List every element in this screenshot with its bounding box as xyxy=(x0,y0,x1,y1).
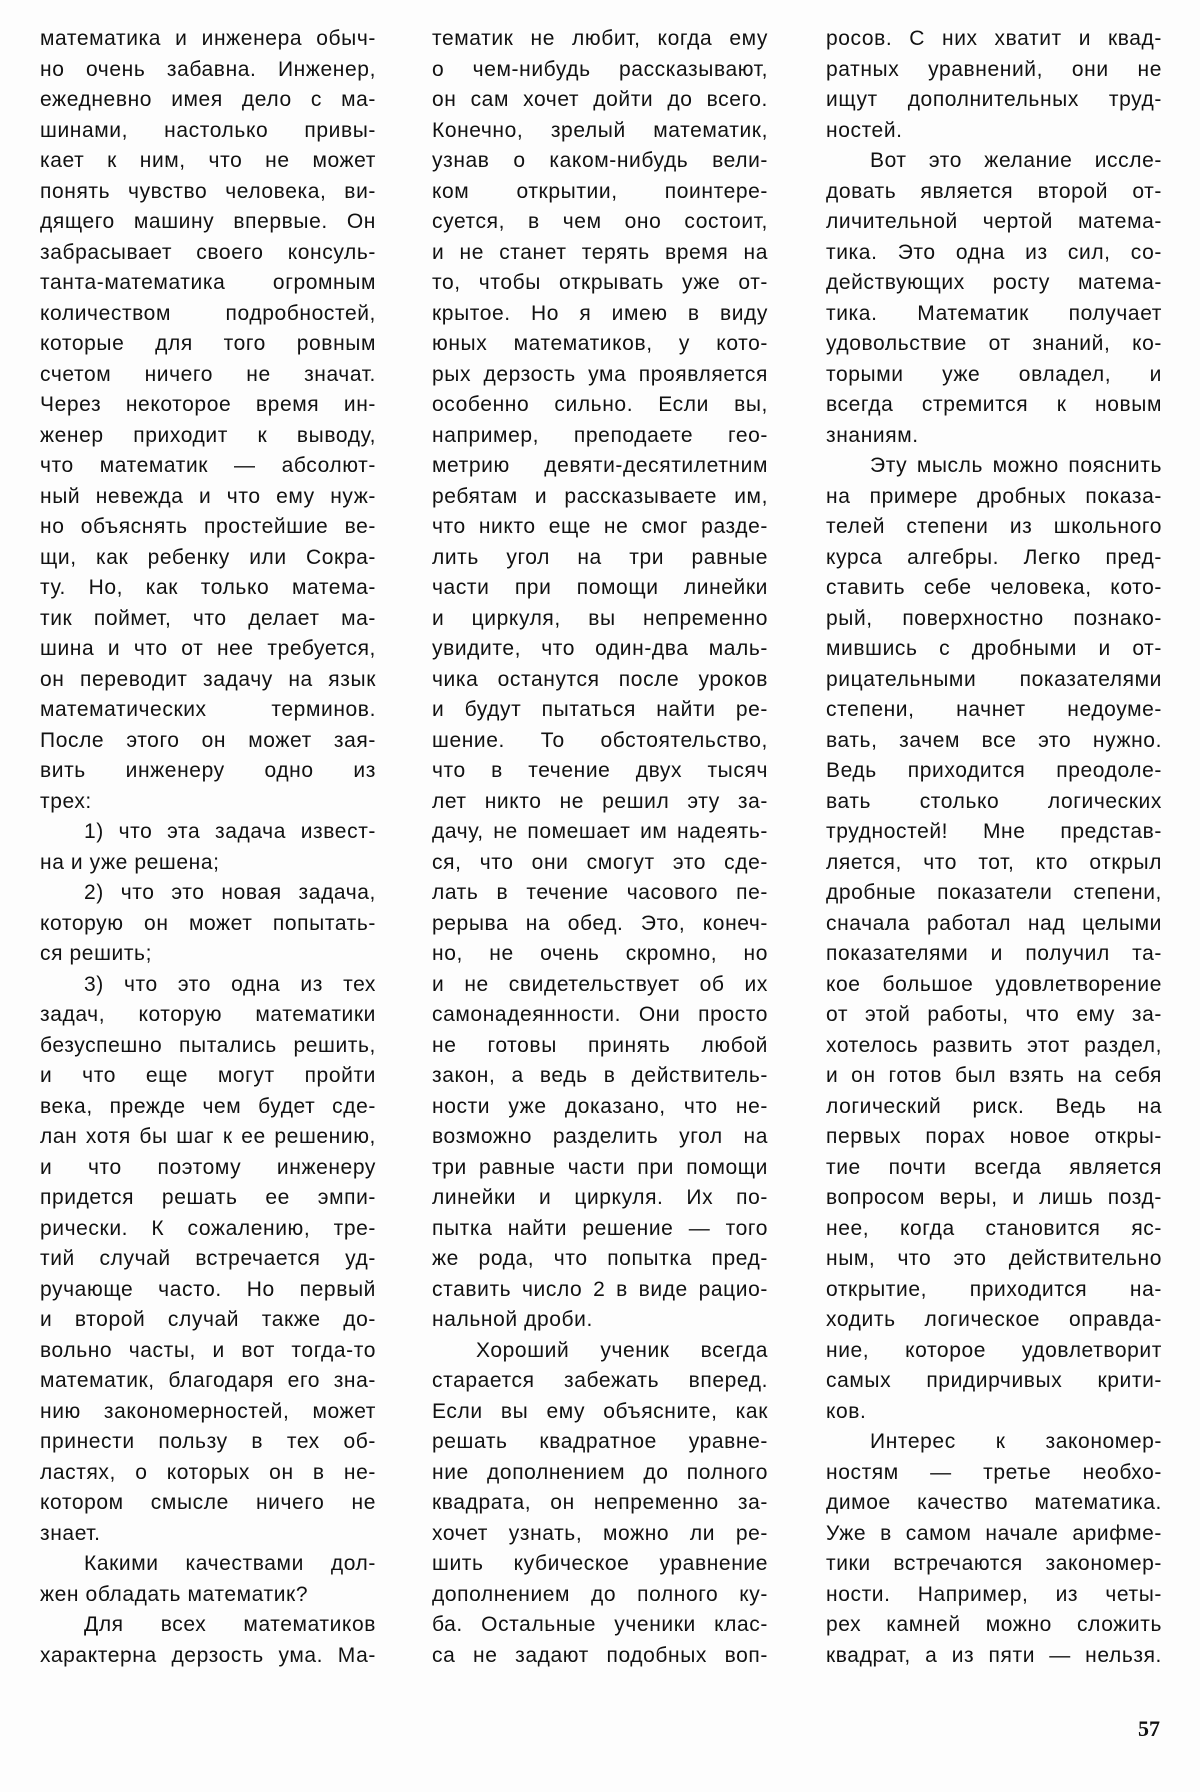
text-line: нальной дроби. xyxy=(432,1305,768,1336)
text-line: котором смысле ничего не xyxy=(40,1488,376,1519)
text-line: Хороший ученик всегда xyxy=(432,1336,768,1367)
text-line: математических терминов. xyxy=(40,695,376,726)
text-line: трех: xyxy=(40,787,376,818)
text-line: рически. К сожалению, тре- xyxy=(40,1214,376,1245)
text-line: ным, что это действительно xyxy=(826,1244,1162,1275)
text-line: вопросом веры, и лишь позд- xyxy=(826,1183,1162,1214)
text-line: шение. То обстоятельство, xyxy=(432,726,768,757)
text-line: что в течение двух тысяч xyxy=(432,756,768,787)
text-line: века, прежде чем будет сде- xyxy=(40,1092,376,1123)
text-line: придется решать ее эмпи- xyxy=(40,1183,376,1214)
text-line: димое качество математика. xyxy=(826,1488,1162,1519)
text-line: чика останутся после уроков xyxy=(432,665,768,696)
text-line: рых дерзость ума проявляется xyxy=(432,360,768,391)
text-line: задач, которую математики xyxy=(40,1000,376,1031)
text-line: первых порах новое откры- xyxy=(826,1122,1162,1153)
text-line: тие почти всегда является xyxy=(826,1153,1162,1184)
text-line: кое большое удовлетворение xyxy=(826,970,1162,1001)
text-line: на примере дробных показа- xyxy=(826,482,1162,513)
text-line: тики встречаются закономер- xyxy=(826,1549,1162,1580)
text-line: и циркуля, вы непременно xyxy=(432,604,768,635)
text-line: лан хотя бы шаг к ее решению, xyxy=(40,1122,376,1153)
text-line: характерна дерзость ума. Ма- xyxy=(40,1641,376,1672)
text-line: ищут дополнительных труд- xyxy=(826,85,1162,116)
text-line: то, чтобы открывать уже от- xyxy=(432,268,768,299)
text-line: ков. xyxy=(826,1397,1162,1428)
text-line: и он готов был взять на себя xyxy=(826,1061,1162,1092)
text-line: что математик — абсолют- xyxy=(40,451,376,482)
text-column-3: росов. С них хватит и квад-ратных уравне… xyxy=(826,24,1162,1671)
text-line: 3) что это одна из тех xyxy=(40,970,376,1001)
text-line: Вот это желание иссле- xyxy=(826,146,1162,177)
page-number: 57 xyxy=(1138,1716,1160,1742)
text-line: ратных уравнений, они не xyxy=(826,55,1162,86)
text-line: лет никто не решил эту за- xyxy=(432,787,768,818)
text-line: са не задают подобных воп- xyxy=(432,1641,768,1672)
text-line: знает. xyxy=(40,1519,376,1550)
text-line: 1) что эта задача извест- xyxy=(40,817,376,848)
text-line: ности. Например, из четы- xyxy=(826,1580,1162,1611)
text-line: показателями и получил та- xyxy=(826,939,1162,970)
text-line: например, преподаете гео- xyxy=(432,421,768,452)
text-line: вать, зачем все это нужно. xyxy=(826,726,1162,757)
text-line: квадрат, а из пяти — нельзя. xyxy=(826,1641,1162,1672)
text-line: суется, в чем оно состоит, xyxy=(432,207,768,238)
text-line: трудностей! Мне представ- xyxy=(826,817,1162,848)
text-line: квадрата, он непременно за- xyxy=(432,1488,768,1519)
text-line: ребятам и рассказываете им, xyxy=(432,482,768,513)
text-line: тий случай встречается уд- xyxy=(40,1244,376,1275)
text-line: кает к ним, что не может xyxy=(40,146,376,177)
text-line: метрию девяти-десятилетним xyxy=(432,451,768,482)
text-line: от этой работы, что ему за- xyxy=(826,1000,1162,1031)
text-line: три равные части при помощи xyxy=(432,1153,768,1184)
text-line: шить кубическое уравнение xyxy=(432,1549,768,1580)
text-line: После этого он может зая- xyxy=(40,726,376,757)
text-line: действующих росту матема- xyxy=(826,268,1162,299)
text-line: ластях, о которых он в не- xyxy=(40,1458,376,1489)
text-line: же рода, что попытка пред- xyxy=(432,1244,768,1275)
text-line: но объяснять простейшие ве- xyxy=(40,512,376,543)
text-line: ба. Остальные ученики клас- xyxy=(432,1610,768,1641)
text-line: линейки и циркуля. Их по- xyxy=(432,1183,768,1214)
text-line: торыми уже овладел, и xyxy=(826,360,1162,391)
text-line: росов. С них хватит и квад- xyxy=(826,24,1162,55)
text-line: танта-математика огромным xyxy=(40,268,376,299)
text-line: Ведь приходится преодоле- xyxy=(826,756,1162,787)
text-line: шинами, настолько привы- xyxy=(40,116,376,147)
text-line: ежедневно имея дело с ма- xyxy=(40,85,376,116)
text-line: ностей. xyxy=(826,116,1162,147)
text-line: ние, которое удовлетворит xyxy=(826,1336,1162,1367)
text-line: ляется, что тот, кто открыл xyxy=(826,848,1162,879)
text-line: рый, поверхностно познако- xyxy=(826,604,1162,635)
text-line: Конечно, зрелый математик, xyxy=(432,116,768,147)
text-line: рерыва на обед. Это, конеч- xyxy=(432,909,768,940)
text-line: хочет узнать, можно ли ре- xyxy=(432,1519,768,1550)
text-column-2: тематик не любит, когда емуо чем-нибудь … xyxy=(432,24,768,1671)
text-line: дачу, не помешает им надеять- xyxy=(432,817,768,848)
text-line: и не станет терять время на xyxy=(432,238,768,269)
text-line: юных математиков, у кото- xyxy=(432,329,768,360)
text-line: вить инженеру одно из xyxy=(40,756,376,787)
text-line: вать столько логических xyxy=(826,787,1162,818)
text-line: курса алгебры. Легко пред- xyxy=(826,543,1162,574)
text-line: старается забежать вперед. xyxy=(432,1366,768,1397)
text-line: дополнением до полного ку- xyxy=(432,1580,768,1611)
text-line: математик, благодаря его зна- xyxy=(40,1366,376,1397)
text-line: личительной чертой матема- xyxy=(826,207,1162,238)
text-line: тика. Это одна из сил, со- xyxy=(826,238,1162,269)
text-line: нию закономерностей, может xyxy=(40,1397,376,1428)
text-line: Уже в самом начале арифме- xyxy=(826,1519,1162,1550)
text-line: женер приходит к выводу, xyxy=(40,421,376,452)
text-line: дробные показатели степени, xyxy=(826,878,1162,909)
text-line: решать квадратное уравне- xyxy=(432,1427,768,1458)
text-line: которую он может попытать- xyxy=(40,909,376,940)
text-line: но очень забавна. Инженер, xyxy=(40,55,376,86)
text-line: части при помощи линейки xyxy=(432,573,768,604)
text-line: он переводит задачу на язык xyxy=(40,665,376,696)
text-line: закон, а ведь в действитель- xyxy=(432,1061,768,1092)
text-line: особенно сильно. Если вы, xyxy=(432,390,768,421)
text-line: Через некоторое время ин- xyxy=(40,390,376,421)
text-line: ту. Но, как только матема- xyxy=(40,573,376,604)
text-line: ние дополнением до полного xyxy=(432,1458,768,1489)
text-line: лать в течение часового пе- xyxy=(432,878,768,909)
text-line: телей степени из школьного xyxy=(826,512,1162,543)
text-line: ся, что они смогут это сде- xyxy=(432,848,768,879)
text-line: что никто еще не смог разде- xyxy=(432,512,768,543)
text-line: жен обладать математик? xyxy=(40,1580,376,1611)
text-line: которые для того ровным xyxy=(40,329,376,360)
text-line: ности уже доказано, что не- xyxy=(432,1092,768,1123)
book-page: математика и инженера обыч-но очень заба… xyxy=(0,0,1200,1792)
text-line: счетом ничего не значат. xyxy=(40,360,376,391)
text-line: увидите, что один-два маль- xyxy=(432,634,768,665)
text-line: но, не очень скромно, но xyxy=(432,939,768,970)
text-line: и что еще могут пройти xyxy=(40,1061,376,1092)
text-line: самых придирчивых крити- xyxy=(826,1366,1162,1397)
text-line: рицательными показателями xyxy=(826,665,1162,696)
text-line: ся решить; xyxy=(40,939,376,970)
text-line: самонадеянности. Они просто xyxy=(432,1000,768,1031)
text-line: ручающе часто. Но первый xyxy=(40,1275,376,1306)
text-line: логический риск. Ведь на xyxy=(826,1092,1162,1123)
text-line: безуспешно пытались решить, xyxy=(40,1031,376,1062)
text-line: лить угол на три равные xyxy=(432,543,768,574)
text-line: на и уже решена; xyxy=(40,848,376,879)
text-line: удовольствие от знаний, ко- xyxy=(826,329,1162,360)
text-line: вольно часты, и вот тогда-то xyxy=(40,1336,376,1367)
text-line: рех камней можно сложить xyxy=(826,1610,1162,1641)
text-line: и не свидетельствует об их xyxy=(432,970,768,1001)
text-line: Для всех математиков xyxy=(40,1610,376,1641)
text-line: и будут пытаться найти ре- xyxy=(432,695,768,726)
text-line: всегда стремится к новым xyxy=(826,390,1162,421)
text-line: нее, когда становится яс- xyxy=(826,1214,1162,1245)
text-line: не готовы принять любой xyxy=(432,1031,768,1062)
text-line: Если вы ему объясните, как xyxy=(432,1397,768,1428)
text-line: ходить логическое оправда- xyxy=(826,1305,1162,1336)
text-line: мившись с дробными и от- xyxy=(826,634,1162,665)
text-line: Какими качествами дол- xyxy=(40,1549,376,1580)
text-line: 2) что это новая задача, xyxy=(40,878,376,909)
text-line: щи, как ребенку или Сокра- xyxy=(40,543,376,574)
text-line: узнав о каком-нибудь вели- xyxy=(432,146,768,177)
text-line: Интерес к закономер- xyxy=(826,1427,1162,1458)
text-line: Эту мысль можно пояснить xyxy=(826,451,1162,482)
text-line: математика и инженера обыч- xyxy=(40,24,376,55)
text-line: степени, начнет недоуме- xyxy=(826,695,1162,726)
text-line: понять чувство человека, ви- xyxy=(40,177,376,208)
text-line: тематик не любит, когда ему xyxy=(432,24,768,55)
text-line: шина и что от нее требуется, xyxy=(40,634,376,665)
text-line: забрасывает своего консуль- xyxy=(40,238,376,269)
text-column-1: математика и инженера обыч-но очень заба… xyxy=(40,24,376,1671)
text-line: ный невежда и что ему нуж- xyxy=(40,482,376,513)
text-line: принести пользу в тех об- xyxy=(40,1427,376,1458)
text-line: сначала работал над целыми xyxy=(826,909,1162,940)
text-line: тик поймет, что делает ма- xyxy=(40,604,376,635)
text-line: тика. Математик получает xyxy=(826,299,1162,330)
text-line: ностям — третье необхо- xyxy=(826,1458,1162,1489)
text-line: знаниям. xyxy=(826,421,1162,452)
text-line: количеством подробностей, xyxy=(40,299,376,330)
text-line: довать является второй от- xyxy=(826,177,1162,208)
text-line: дящего машину впервые. Он xyxy=(40,207,376,238)
text-line: и второй случай также до- xyxy=(40,1305,376,1336)
text-line: и что поэтому инженеру xyxy=(40,1153,376,1184)
text-line: о чем-нибудь рассказывают, xyxy=(432,55,768,86)
text-line: ставить себе человека, кото- xyxy=(826,573,1162,604)
text-line: хотелось развить этот раздел, xyxy=(826,1031,1162,1062)
text-line: ком открытии, поинтере- xyxy=(432,177,768,208)
text-line: он сам хочет дойти до всего. xyxy=(432,85,768,116)
text-line: ставить число 2 в виде рацио- xyxy=(432,1275,768,1306)
text-line: пытка найти решение — того xyxy=(432,1214,768,1245)
text-line: возможно разделить угол на xyxy=(432,1122,768,1153)
text-line: открытие, приходится на- xyxy=(826,1275,1162,1306)
text-line: крытое. Но я имею в виду xyxy=(432,299,768,330)
